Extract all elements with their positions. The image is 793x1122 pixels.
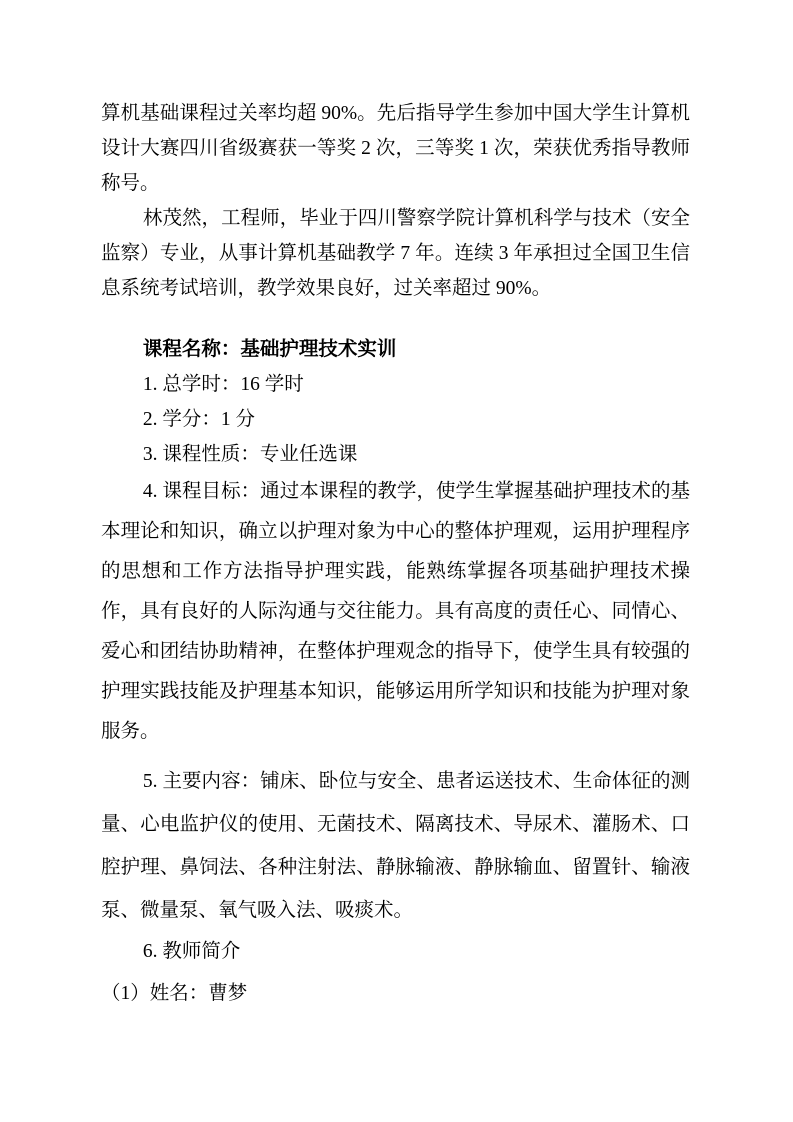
item-total-hours: 1. 总学时：16 学时 [101, 367, 690, 402]
teacher-name-line: （1）姓名：曹梦 [101, 972, 690, 1016]
item-course-objectives: 4. 课程目标：通过本课程的教学，使学生掌握基础护理技术的基本理论和知识，确立以… [101, 472, 690, 752]
course-title-heading: 课程名称：基础护理技术实训 [101, 332, 690, 367]
item-teacher-bio-heading: 6. 教师简介 [101, 932, 690, 972]
document-page: 算机基础课程过关率均超 90%。先后指导学生参加中国大学生计算机设计大赛四川省级… [0, 0, 793, 1122]
document-content: 算机基础课程过关率均超 90%。先后指导学生参加中国大学生计算机设计大赛四川省级… [101, 96, 690, 1016]
paragraph-continued-from-previous-page: 算机基础课程过关率均超 90%。先后指导学生参加中国大学生计算机设计大赛四川省级… [101, 96, 690, 201]
item-main-content: 5. 主要内容：铺床、卧位与安全、患者运送技术、生命体征的测量、心电监护仪的使用… [101, 760, 690, 932]
paragraph-teacher-lin-maoran: 林茂然，工程师，毕业于四川警察学院计算机科学与技术（安全监察）专业，从事计算机基… [101, 201, 690, 306]
item-course-type: 3. 课程性质：专业任选课 [101, 437, 690, 472]
item-credits: 2. 学分：1 分 [101, 402, 690, 437]
